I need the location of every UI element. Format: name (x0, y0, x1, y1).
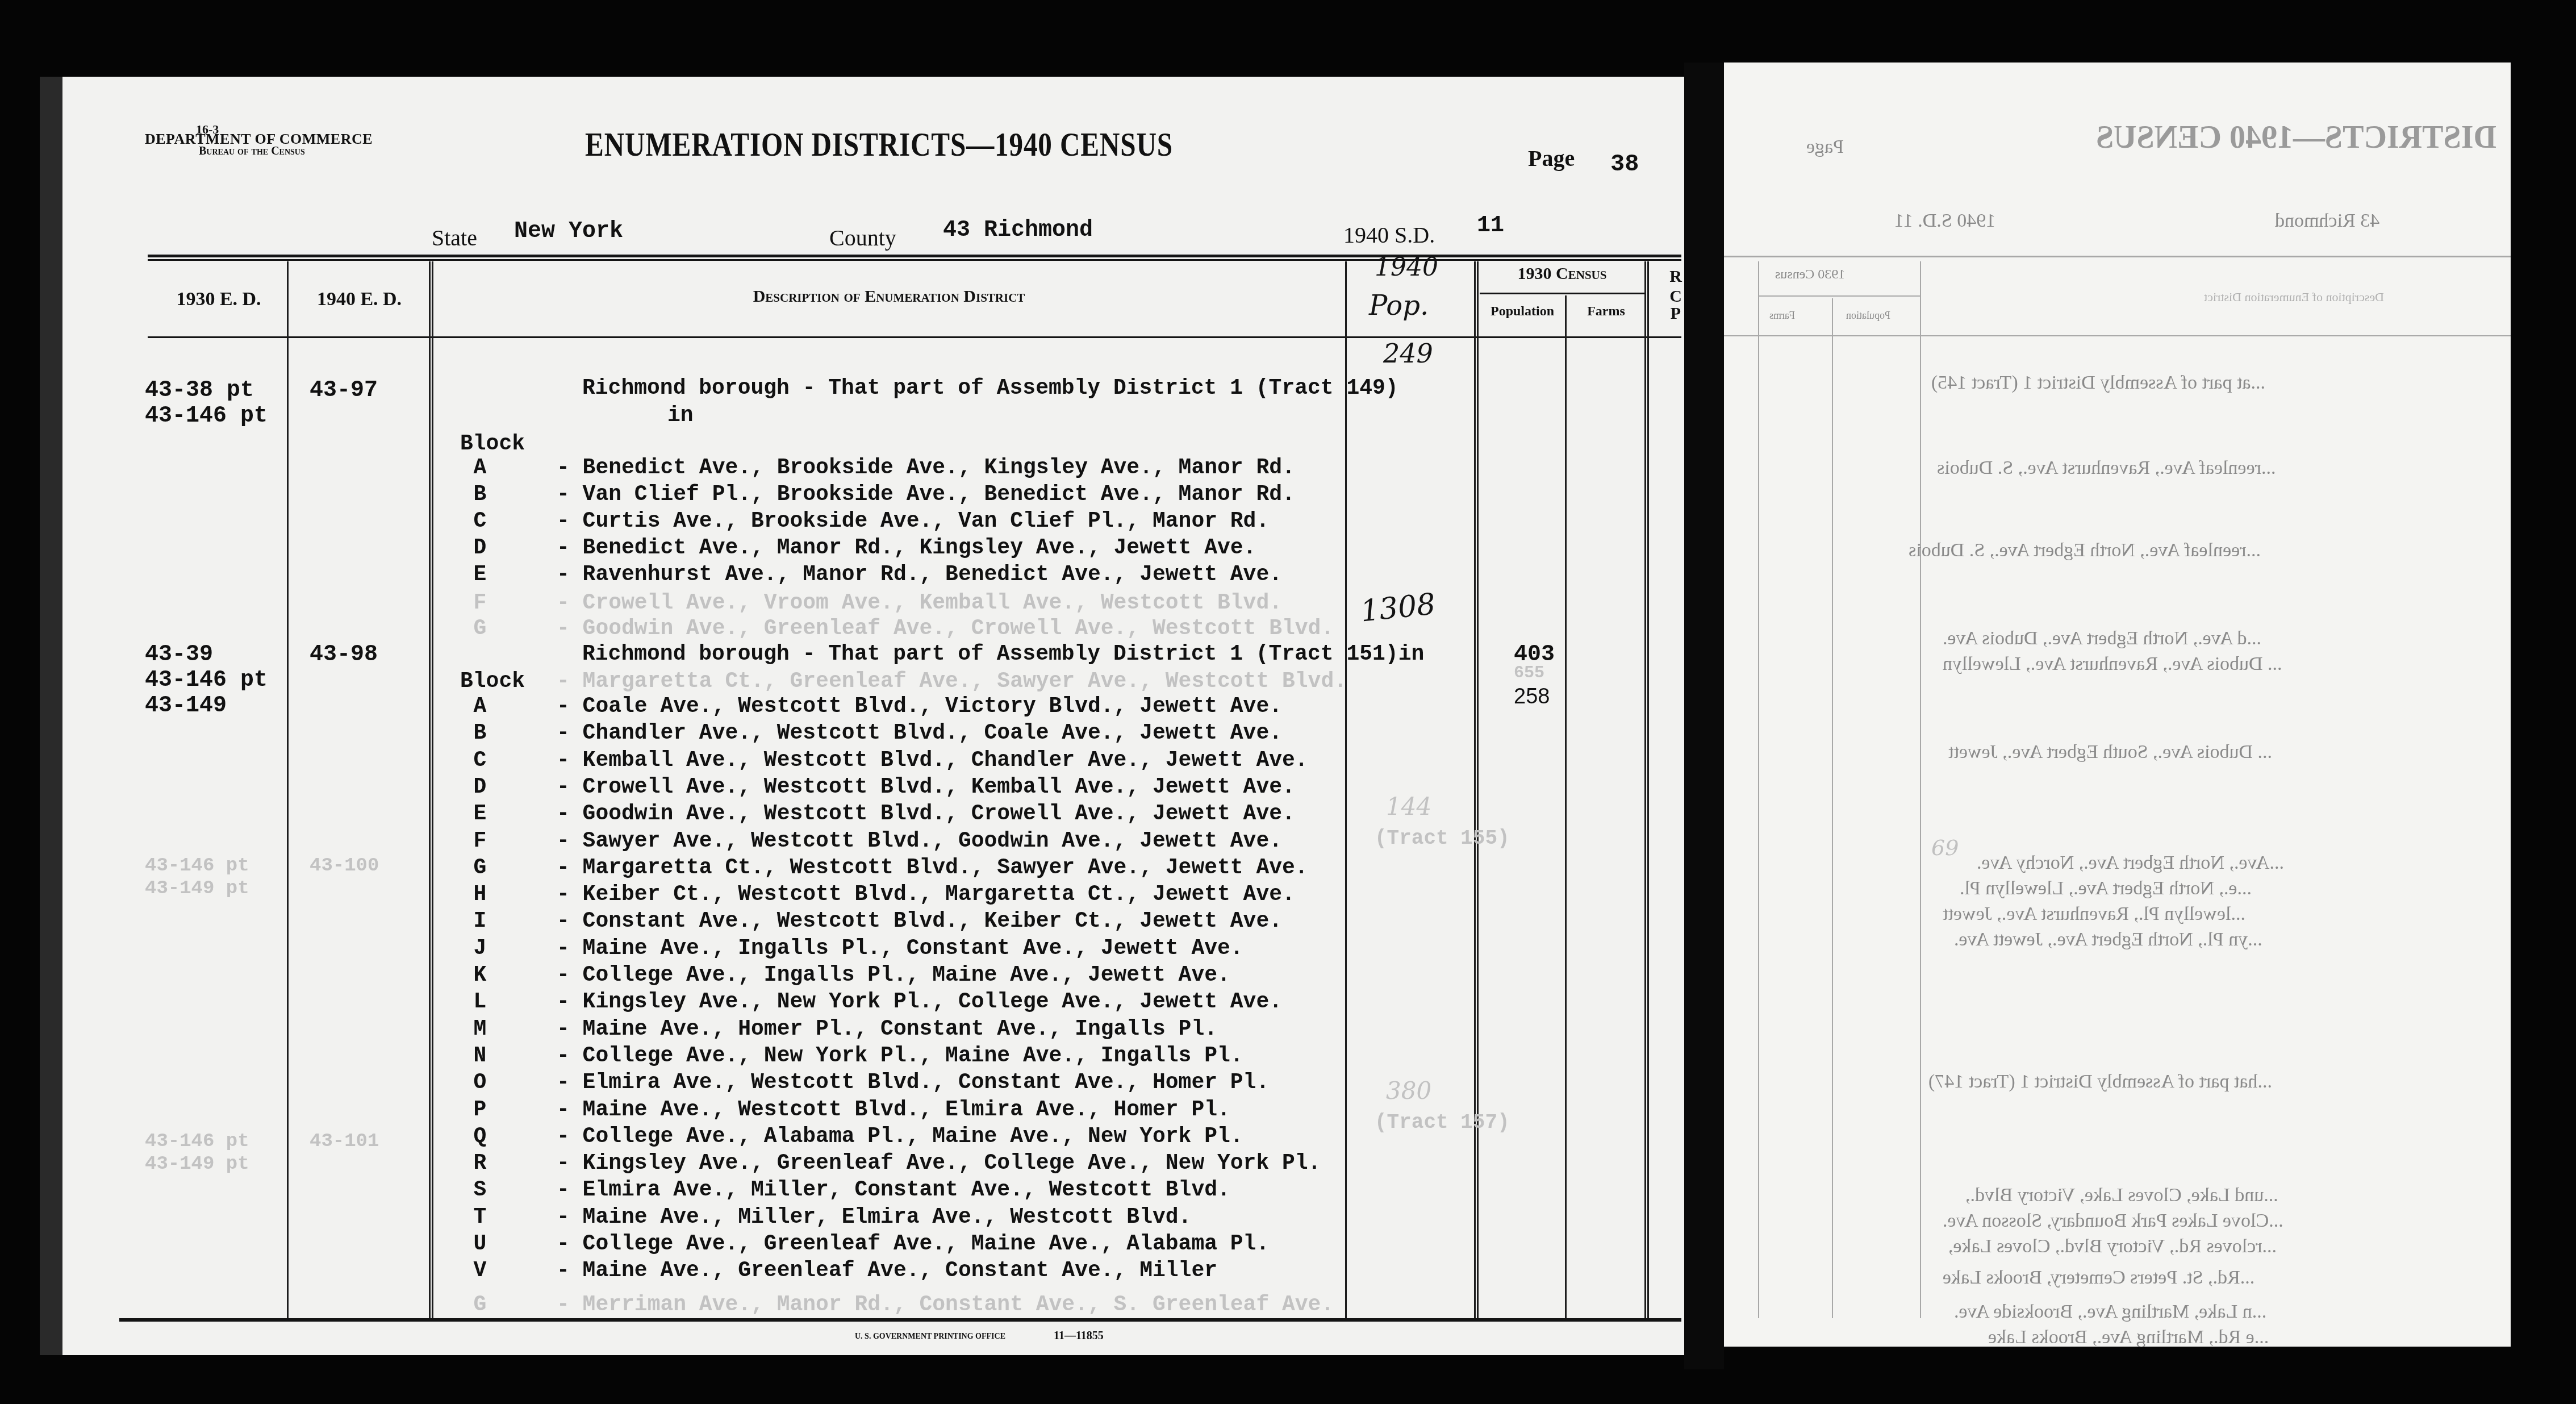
block-letter: E (466, 802, 494, 826)
right-page-line: ...hat part of Assembly District 1 (Trac… (1928, 1071, 2272, 1093)
block-letter: E (466, 563, 494, 587)
bleed-ed-1930: 43-146 pt (145, 1131, 249, 1152)
right-page-line: ...n Lake, Martling Ave., Brookside Ave. (1954, 1301, 2266, 1323)
page-title: ENUMERATION DISTRICTS—1940 CENSUS (585, 125, 1173, 164)
block-streets: - Maine Ave., Homer Pl., Constant Ave., … (557, 1017, 1217, 1041)
state-label: State (432, 224, 477, 251)
col-header-c-partial: C (1667, 287, 1684, 306)
right-sub-population: Population (1846, 310, 1890, 322)
block-letter: C (466, 509, 494, 534)
block-letter-faded: F (466, 591, 494, 615)
handwritten-1940: 1940 (1375, 253, 1438, 282)
right-title-mirrored: DISTRICTS—1940 CENSUS (2096, 119, 2496, 156)
block-streets: - Maine Ave., Westcott Blvd., Elmira Ave… (557, 1098, 1230, 1122)
pop-1930-corrected: 258 (1514, 685, 1550, 709)
block-letter: G (466, 856, 494, 880)
block-streets: - Benedict Ave., Manor Rd., Kingsley Ave… (557, 536, 1256, 560)
right-handwritten: 69 (1931, 835, 1959, 860)
right-county: 43 Richmond (2275, 210, 2379, 232)
block-letter: M (466, 1017, 494, 1041)
footer-rule (119, 1318, 1681, 1322)
sd-label: 1940 S.D. (1343, 222, 1435, 248)
bureau-name: Bureau of the Census (199, 145, 305, 158)
right-page-line: ...reenleaf Ave., North Egbert Ave., S. … (1909, 540, 2261, 561)
block-letter: Q (466, 1124, 494, 1149)
right-page-label: Page (1806, 136, 1844, 158)
block-streets: - Elmira Ave., Westcott Blvd., Constant … (557, 1070, 1269, 1095)
right-col-line (1832, 298, 1833, 1318)
block-letter: L (466, 990, 494, 1014)
bleed-ed-1930: 43-149 pt (145, 878, 249, 899)
block-streets: - Constant Ave., Westcott Blvd., Keiber … (557, 909, 1282, 934)
state-value: New York (514, 219, 623, 244)
header-top-rule-2 (148, 259, 1681, 261)
ed-1930-value: 43-146 pt (145, 668, 268, 693)
district-description: Richmond borough - That part of Assembly… (582, 376, 1398, 401)
col-divider-4 (1474, 261, 1479, 1318)
block-streets: - College Ave., Alabama Pl., Maine Ave.,… (557, 1124, 1243, 1149)
bleed-ed-1930: 43-149 pt (145, 1153, 249, 1175)
right-page-line: ...at part of Assembly District 1 (Tract… (1931, 372, 2265, 394)
block-letter: N (466, 1044, 494, 1068)
block-letter: C (466, 748, 494, 773)
block-letter-faded: G (466, 1293, 494, 1317)
right-page-line: ...rcloves Rd., Victory Blvd., Cloves La… (1948, 1236, 2277, 1257)
block-letter: J (466, 936, 494, 961)
col-header-p-partial: P (1667, 304, 1684, 323)
block-streets: - Kemball Ave., Westcott Blvd., Chandler… (557, 748, 1308, 773)
bleed-ed-1940: 43-100 (310, 855, 379, 877)
right-header-rule (1724, 256, 2511, 257)
block-label: Block (460, 669, 525, 694)
block-letter: S (466, 1178, 494, 1202)
col-divider-6 (1644, 261, 1649, 1318)
block-streets: - College Ave., New York Pl., Maine Ave.… (557, 1044, 1243, 1068)
right-col-line (1920, 261, 1921, 1318)
right-page-line: ...e Rd., Martling Ave., Brooks Lake (1988, 1327, 2269, 1348)
right-page-line: ... Dubois Ave., Ravenhurst Ave., Llewel… (1943, 653, 2282, 675)
col-header-description: Description of Enumeration District (437, 287, 1341, 306)
block-letter: U (466, 1232, 494, 1256)
block-letter: H (466, 882, 494, 907)
right-page-line: ...yn Pl., North Egbert Ave., Jewett Ave… (1954, 929, 2262, 951)
right-page-line: ...Rd., St. Peters Cemetery, Brooks Lake (1943, 1267, 2254, 1289)
right-desc-header: Description of Enumeration District (2204, 290, 2384, 305)
col-header-population: Population (1480, 304, 1565, 319)
block-streets: - College Ave., Ingalls Pl., Maine Ave.,… (557, 963, 1230, 988)
block-letter: B (466, 721, 494, 745)
bleed-ed-1940: 43-101 (310, 1131, 379, 1152)
right-page-line: ... Dubois Ave., South Egbert Ave., Jewe… (1948, 741, 2272, 763)
block-streets: - Benedict Ave., Brookside Ave., Kingsle… (557, 456, 1295, 480)
ed-1940-value: 43-98 (310, 642, 378, 668)
bleed-pop: 380 (1386, 1077, 1431, 1105)
block-streets-faded: - Merriman Ave., Manor Rd., Constant Ave… (557, 1293, 1334, 1317)
block-letter: A (466, 694, 494, 719)
block-streets: - Van Clief Pl., Brookside Ave., Benedic… (557, 482, 1295, 507)
col-divider-5 (1565, 295, 1567, 1318)
block-streets: - Keiber Ct., Westcott Blvd., Margaretta… (557, 882, 1295, 907)
census-subheader-rule (1480, 293, 1644, 294)
block-letter-faded: G (466, 616, 494, 641)
ed-1930-value: 43-149 (145, 693, 227, 719)
block-letter: F (466, 829, 494, 853)
col-divider-2 (429, 261, 433, 1318)
county-value: 43 Richmond (943, 218, 1093, 243)
page-stack-edges (40, 170, 62, 1352)
col-divider-1 (287, 261, 289, 1318)
book-gutter (1684, 63, 1724, 1369)
block-letter: T (466, 1205, 494, 1230)
block-letter: D (466, 775, 494, 799)
block-streets: - Margaretta Ct., Westcott Blvd., Sawyer… (557, 856, 1308, 880)
block-letter: R (466, 1151, 494, 1176)
block-streets: - Chandler Ave., Westcott Blvd., Coale A… (557, 721, 1282, 745)
right-page-line: ...reenleaf Ave., Ravenhurst Ave., S. Du… (1937, 457, 2276, 479)
col-header-r-partial: R (1667, 267, 1684, 286)
block-streets: - Goodwin Ave., Westcott Blvd., Crowell … (557, 802, 1295, 826)
block-letter: O (466, 1070, 494, 1095)
page-number: 38 (1610, 151, 1639, 178)
right-page-line: ...und Lake, Cloves Lake, Victory Blvd., (1965, 1185, 2278, 1206)
header-top-rule (148, 255, 1681, 257)
block-streets-faded: - Crowell Ave., Vroom Ave., Kemball Ave.… (557, 591, 1282, 615)
right-page-line: ...lewellyn Pl., Ravenhurst Ave., Jewett (1943, 903, 2245, 925)
block-streets: - Maine Ave., Greenleaf Ave., Constant A… (557, 1259, 1217, 1283)
ed-1940-value: 43-97 (310, 378, 378, 403)
right-page-line: ...Clove Lakes Park Boundary, Slosson Av… (1943, 1210, 2283, 1232)
pop-1940-handwritten: 249 (1383, 338, 1433, 369)
right-census-header: 1930 Census (1775, 267, 1845, 282)
block-streets-faded: - Goodwin Ave., Greenleaf Ave., Crowell … (557, 616, 1334, 641)
block-streets: - Coale Ave., Westcott Blvd., Victory Bl… (557, 694, 1282, 719)
ed-1930-value: 43-39 (145, 642, 213, 668)
census-page-right (1724, 63, 2511, 1347)
block-letter: I (466, 909, 494, 934)
block-letter: V (466, 1259, 494, 1283)
printer-mark: U. S. GOVERNMENT PRINTING OFFICE (855, 1332, 1005, 1341)
right-col-line (1758, 261, 1759, 1318)
sd-value: 11 (1477, 213, 1504, 239)
ed-1930-value: 43-146 pt (145, 403, 268, 429)
block-streets: - Maine Ave., Miller, Elmira Ave., Westc… (557, 1205, 1191, 1230)
block-streets: - Crowell Ave., Westcott Blvd., Kemball … (557, 775, 1295, 799)
block-streets: - Elmira Ave., Miller, Constant Ave., We… (557, 1178, 1230, 1202)
bleed-pop: 144 (1386, 793, 1431, 820)
block-streets: - Kingsley Ave., Greenleaf Ave., College… (557, 1151, 1321, 1176)
right-page-line: ...e., North Egbert Ave., Llewellyn Pl. (1960, 878, 2252, 899)
col-divider-3 (1345, 261, 1347, 1318)
bleed-tract: (Tract 157) (1375, 1111, 1510, 1134)
block-streets: - Maine Ave., Ingalls Pl., Constant Ave.… (557, 936, 1243, 961)
faded-line: - Margaretta Ct., Greenleaf Ave., Sawyer… (557, 669, 1347, 694)
form-code: 11—11855 (1054, 1330, 1104, 1343)
block-streets: - College Ave., Greenleaf Ave., Maine Av… (557, 1232, 1269, 1256)
district-description: Richmond borough - That part of Assembly… (582, 642, 1424, 666)
bleed-tract: (Tract 155) (1375, 827, 1510, 850)
header-bottom-rule (148, 336, 1681, 338)
right-sub-rule (1758, 295, 1920, 297)
col-header-farms: Farms (1568, 304, 1644, 319)
block-letter: D (466, 536, 494, 560)
page-label: Page (1528, 145, 1575, 172)
block-letter: B (466, 482, 494, 507)
block-label: Block (460, 432, 525, 456)
right-sub-farms: Farms (1769, 310, 1795, 322)
bleed-ed-1930: 43-146 pt (145, 855, 249, 877)
handwritten-pop: Pop. (1369, 290, 1429, 322)
block-letter: K (466, 963, 494, 988)
block-streets: - Ravenhurst Ave., Manor Rd., Benedict A… (557, 563, 1282, 587)
right-header-rule-2 (1724, 335, 2511, 336)
district-description-cont: in (667, 403, 694, 428)
block-letter: A (466, 456, 494, 480)
block-letter: P (466, 1098, 494, 1122)
right-sd: 1940 S.D. 11 (1894, 210, 1995, 232)
right-page-line: ...Ave., North Egbert Ave., Norchy Ave. (1977, 852, 2284, 874)
col-header-1940-ed: 1940 E. D. (293, 289, 426, 310)
block-streets: - Kingsley Ave., New York Pl., College A… (557, 990, 1282, 1014)
county-label: County (829, 224, 896, 251)
block-streets: - Sawyer Ave., Westcott Blvd., Goodwin A… (557, 829, 1282, 853)
ed-1930-value: 43-38 pt (145, 378, 254, 403)
block-streets: - Curtis Ave., Brookside Ave., Van Clief… (557, 509, 1269, 534)
col-header-1930-census: 1930 Census (1480, 264, 1644, 284)
pop-1930-struck: 655 (1514, 664, 1544, 683)
col-header-1930-ed: 1930 E. D. (153, 289, 284, 310)
right-page-line: ...d Ave., North Egbert Ave., Dubois Ave… (1943, 628, 2261, 649)
